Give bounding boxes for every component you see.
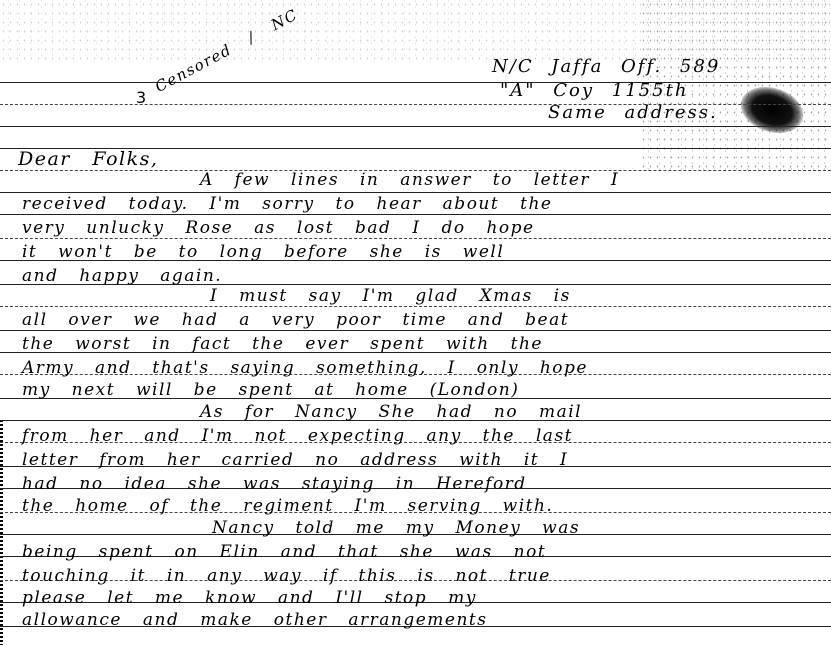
ruled-line <box>0 192 831 193</box>
body-line: Nancy told me my Money was <box>212 520 580 537</box>
body-line: it won't be to long before she is well <box>22 244 504 261</box>
address-line-2: "A" Coy 1155th <box>500 82 688 100</box>
body-line: had no idea she was staying in Hereford <box>22 476 527 493</box>
body-line: A few lines in answer to letter I <box>200 172 619 189</box>
body-line: received today. I'm sorry to hear about … <box>22 196 552 213</box>
body-line: Army and that's saying something, I only… <box>22 360 588 377</box>
body-line: being spent on Elin and that she was not <box>22 544 546 561</box>
ruled-line <box>0 214 831 215</box>
ruled-line <box>0 126 831 127</box>
ruled-line <box>0 330 831 331</box>
body-line: very unlucky Rose as lost bad I do hope <box>22 220 535 237</box>
page-edge-shadow <box>0 420 3 645</box>
ruled-line <box>0 306 831 307</box>
body-line: the home of the regiment I'm serving wit… <box>22 498 553 515</box>
body-line: As for Nancy She had no mail <box>200 404 582 421</box>
address-line-1: N/C Jaffa Off. 589 <box>492 58 720 76</box>
body-line: I must say I'm glad Xmas is <box>210 288 571 305</box>
body-line: touching it in any way if this is not tr… <box>22 568 551 585</box>
ruled-line <box>0 82 831 83</box>
body-line: from her and I'm not expecting any the l… <box>22 428 573 445</box>
body-line: my next will be spent at home (London) <box>22 382 519 399</box>
ruled-line <box>0 238 831 239</box>
body-line: letter from her carried no address with … <box>22 452 568 469</box>
scanned-letter-page: 3 Censored / NC N/C Jaffa Off. 589 "A" C… <box>0 0 831 645</box>
address-line-3: Same address. <box>548 104 718 122</box>
body-line: and happy again. <box>22 268 222 285</box>
salutation: Dear Folks, <box>18 150 158 169</box>
body-line: allowance and make other arrangements <box>22 612 487 629</box>
page-number: 3 <box>136 88 146 107</box>
body-line: please let me know and I'll stop my <box>22 590 477 607</box>
body-line: the worst in fact the ever spent with th… <box>22 336 543 353</box>
body-line: all over we had a very poor time and bea… <box>22 312 569 329</box>
